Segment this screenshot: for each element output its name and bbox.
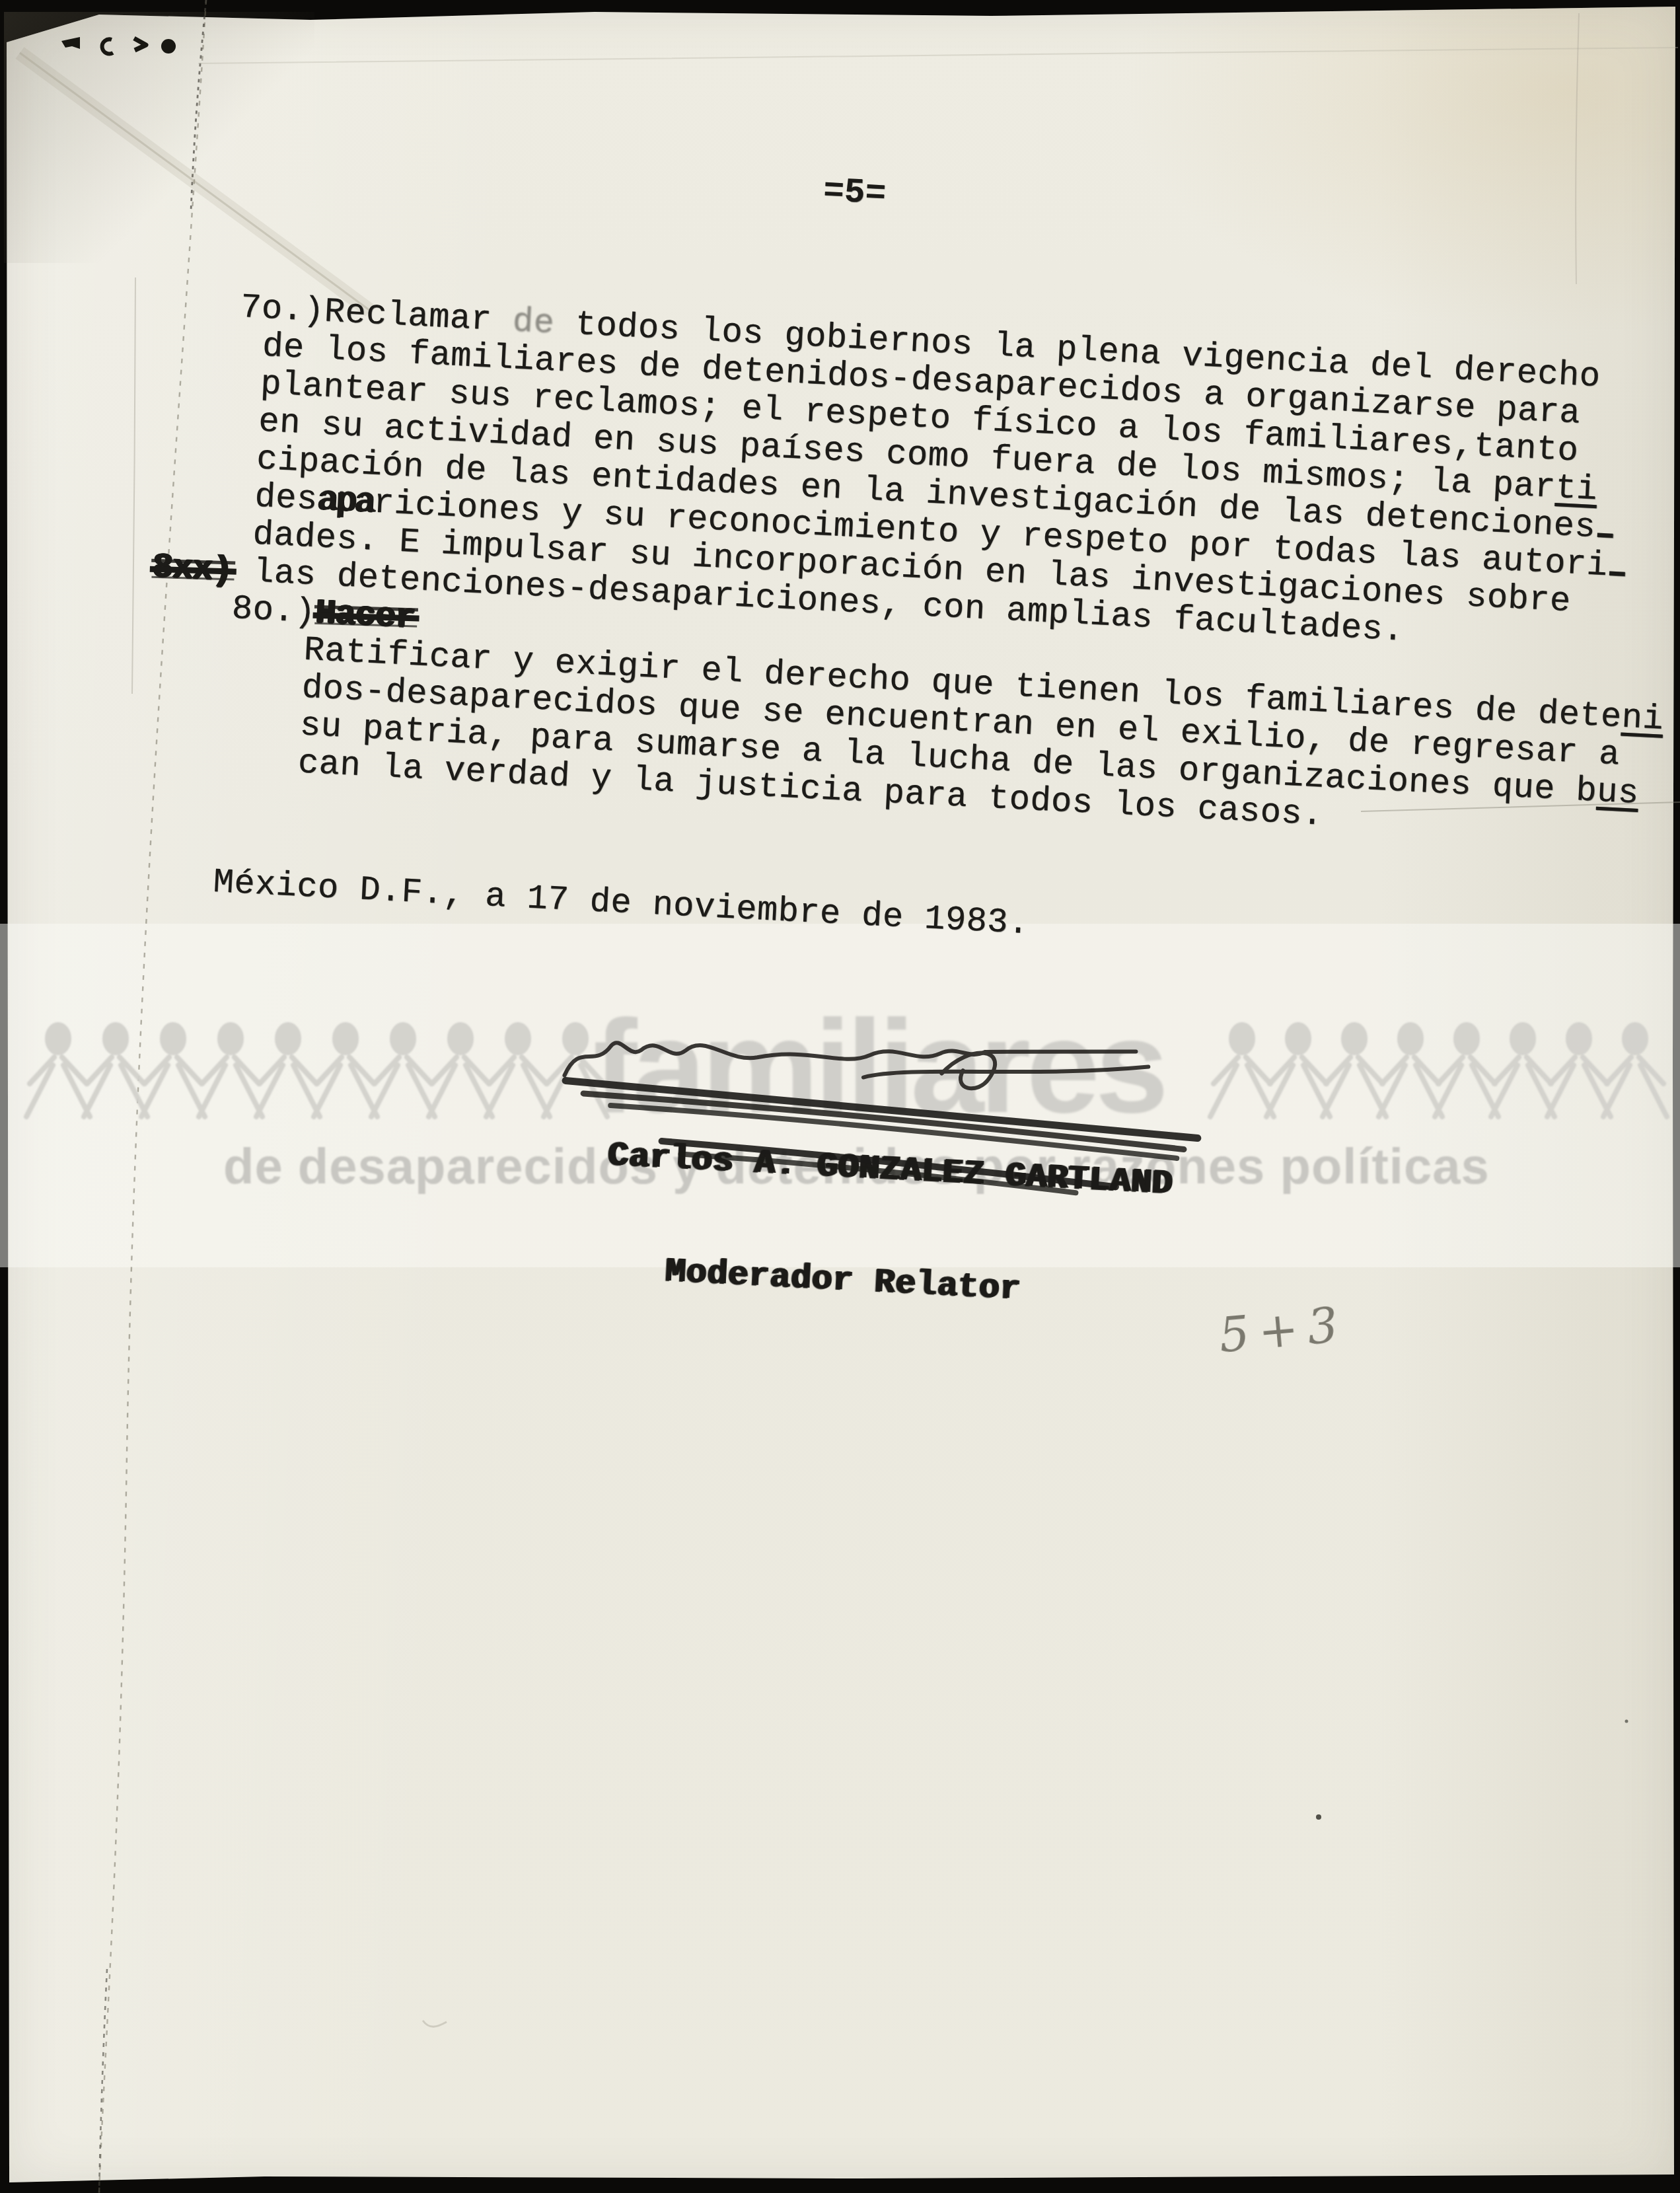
page-number: =5= [153, 138, 1680, 257]
handwritten-signature-and-strikes [546, 996, 1282, 1244]
signature-title: Moderador Relator [601, 1249, 1250, 1320]
typed-text-block: =5= 7o.)Reclamar de todos los gobiernos … [98, 63, 1680, 1317]
signature-name: Carlos A. GONZALEZ GARTLAND [607, 1136, 1256, 1207]
typed-lines: 7o.)Reclamar de todos los gobiernos la p… [122, 284, 1680, 854]
date-line: México D.F., a 17 de noviembre de 1983. [116, 858, 1680, 977]
signature-block: Carlos A. GONZALEZ GARTLAND Moderador Re… [606, 1061, 1259, 1220]
scanned-document-page: familiares de desaparecidos y detenidos … [0, 0, 1680, 2193]
